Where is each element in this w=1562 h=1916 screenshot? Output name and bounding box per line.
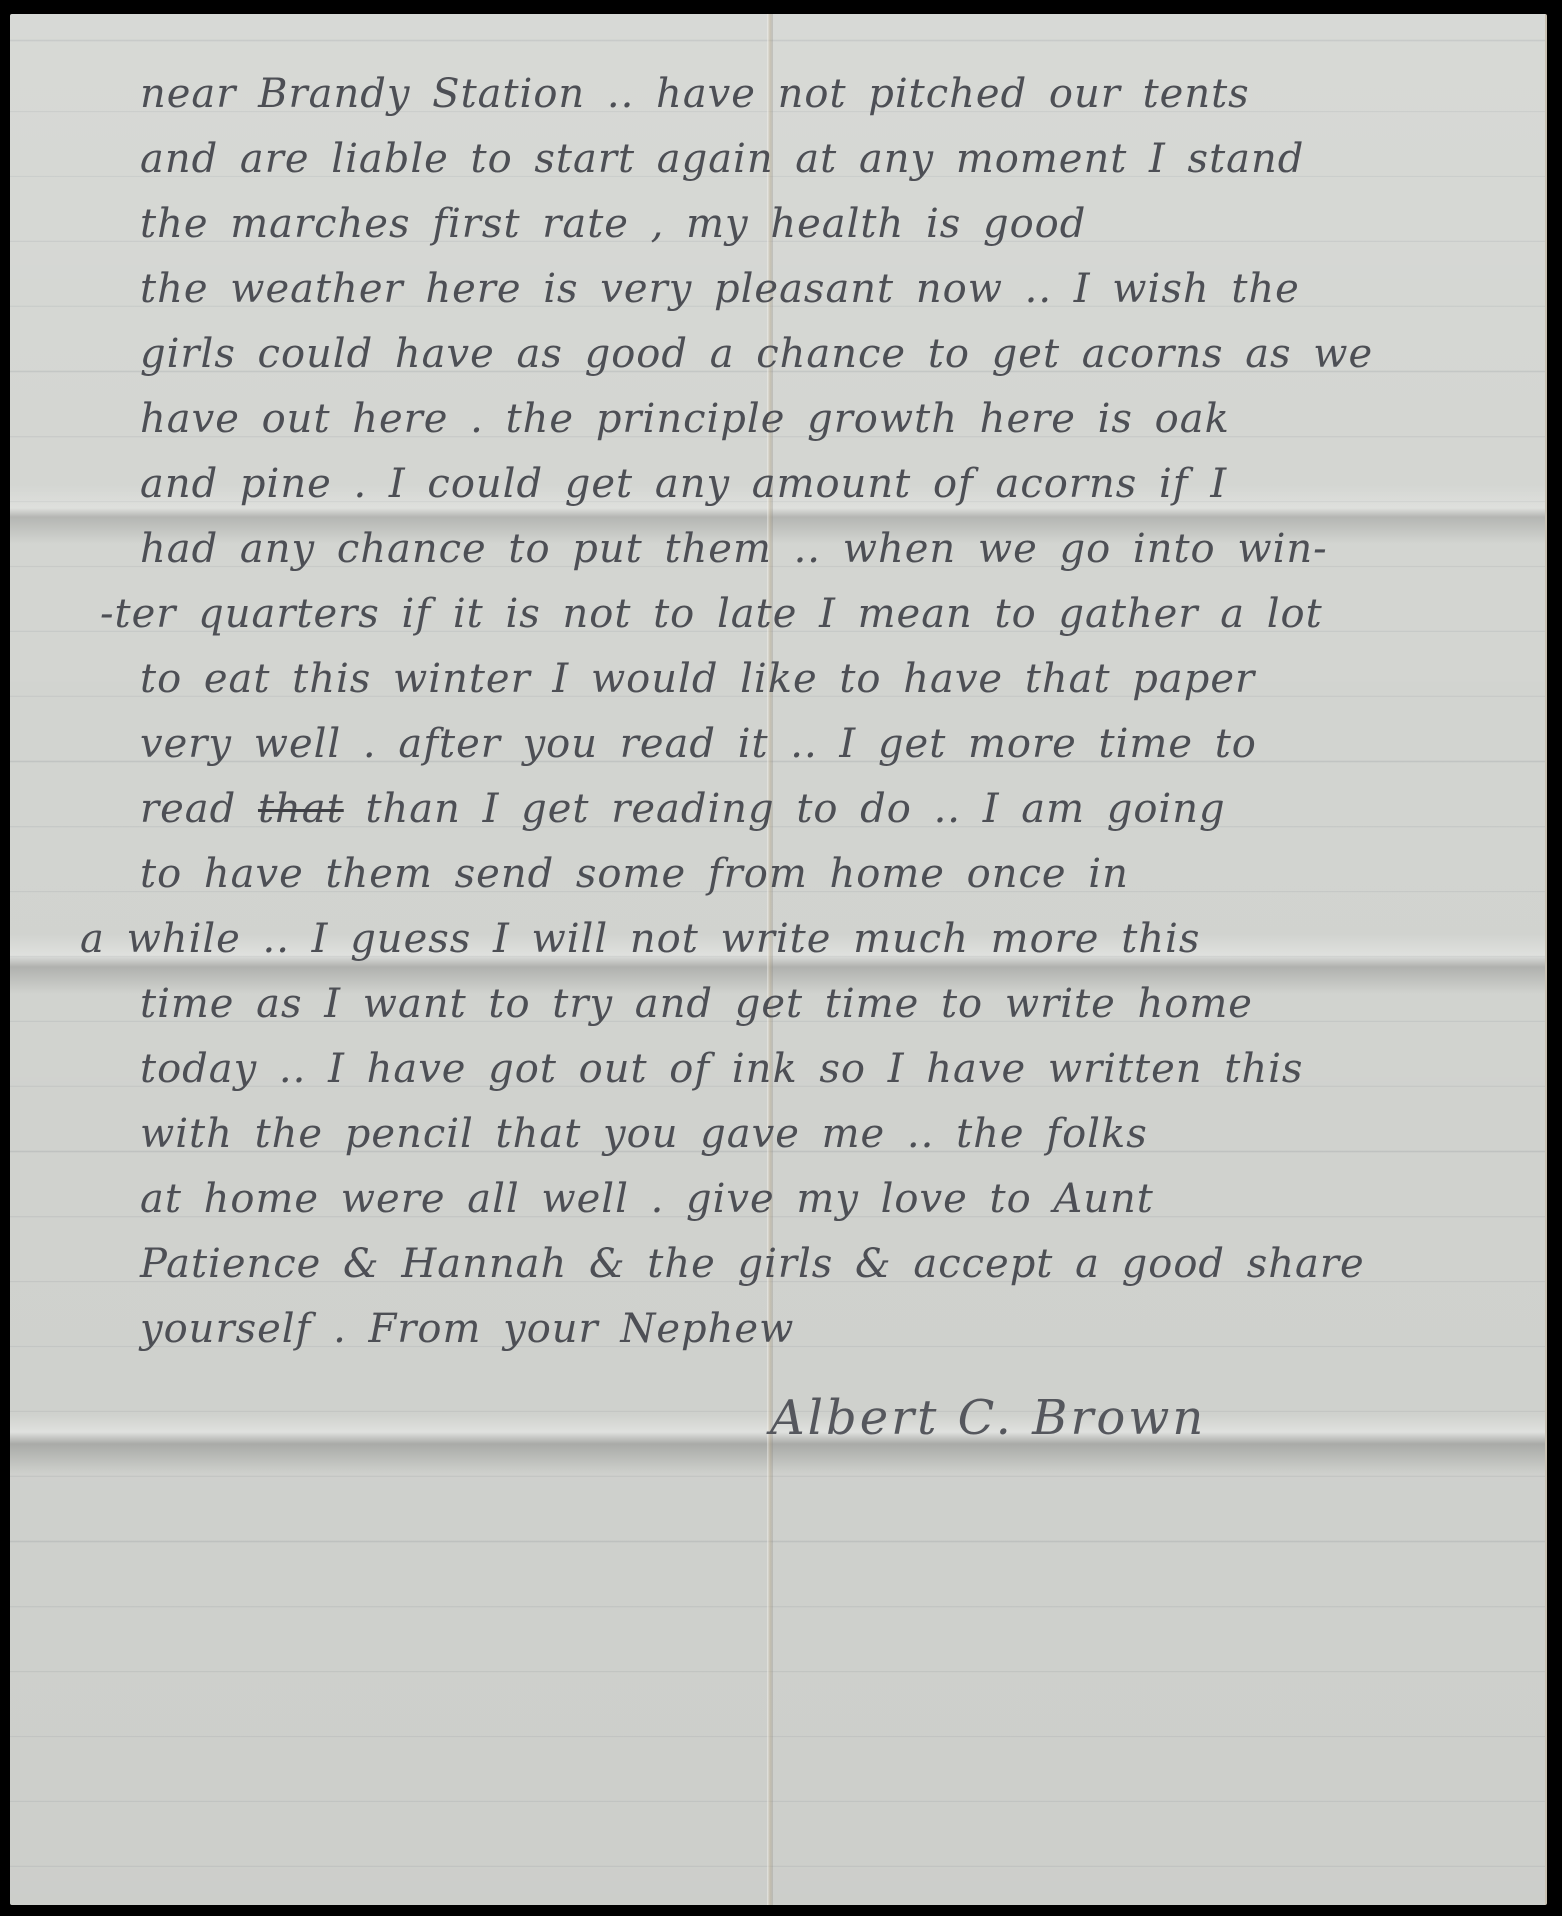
letter-line: girls could have as good a chance to get… [140,322,1530,387]
letter-line: near Brandy Station .. have not pitched … [140,62,1530,127]
letter-line: Patience & Hannah & the girls & accept a… [140,1232,1530,1297]
letter-line: with the pencil that you gave me .. the … [140,1102,1530,1167]
line-text-after: than I get reading to do .. I am going [344,786,1226,832]
letter-body: near Brandy Station .. have not pitched … [140,62,1530,1362]
letter-line: -ter quarters if it is not to late I mea… [100,582,1530,647]
letter-closing: yourself . From your Nephew [140,1297,1530,1362]
letter-line: and are liable to start again at any mom… [140,127,1530,192]
letter-line: at home were all well . give my love to … [140,1167,1530,1232]
struck-out-word: that [258,786,344,832]
letter-line: the marches first rate , my health is go… [140,192,1530,257]
letter-line: had any chance to put them .. when we go… [140,517,1530,582]
signature: Albert C. Brown [770,1390,1206,1446]
letter-line: the weather here is very pleasant now ..… [140,257,1530,322]
letter-line: time as I want to try and get time to wr… [140,972,1530,1037]
letter-line: very well . after you read it .. I get m… [140,712,1530,777]
letter-line: and pine . I could get any amount of aco… [140,452,1530,517]
letter-line: today .. I have got out of ink so I have… [140,1037,1530,1102]
letter-line: to have them send some from home once in [140,842,1530,907]
letter-line: have out here . the principle growth her… [140,387,1530,452]
letter-line: a while .. I guess I will not write much… [80,907,1530,972]
line-text-before: read [140,786,258,832]
letter-line: to eat this winter I would like to have … [140,647,1530,712]
letter-line-with-strikethrough: read that than I get reading to do .. I … [140,777,1530,842]
